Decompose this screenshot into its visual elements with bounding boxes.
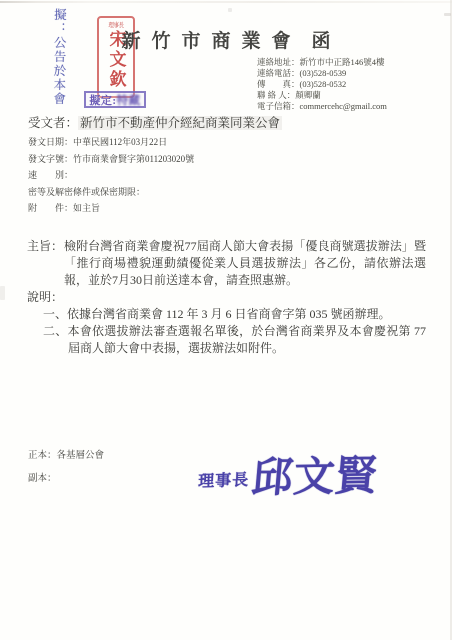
priority-label: 速 別： [28, 167, 73, 184]
scan-top-edge [0, 1, 452, 3]
contact-address-value: 新竹市中正路146號4樓 [300, 57, 385, 68]
original-copy-line: 正本：各基層公會 [28, 447, 104, 461]
contact-phone-label: 連絡電話： [257, 68, 300, 79]
doc-number-value: 竹市商業會賢字第011203020號 [73, 151, 194, 168]
recipient-line: 受文者：新竹市不動產仲介經紀商業同業公會 [28, 113, 282, 131]
contact-email-row: 電子信箱： commercehc@gmail.com [257, 101, 387, 112]
purple-stamp-note: 特藏 [117, 92, 141, 108]
meta-block: 發文日期： 中華民國112年03月22日 發文字號： 竹市商業會賢字第01120… [28, 134, 194, 217]
contact-person-row: 聯 絡 人： 顏卿蘭 [257, 90, 387, 101]
contact-fax-value: (03)528-0532 [300, 79, 347, 90]
document-title: 新竹市商業會函 [0, 26, 452, 53]
attachment-value: 如主旨 [73, 200, 100, 217]
contact-person-label: 聯 絡 人： [257, 90, 295, 101]
carbon-copy-label: 副本： [28, 474, 57, 484]
issuer-name: 新竹市商業會 [121, 31, 301, 52]
contact-block: 連絡地址： 新竹市中正路146號4樓 連絡電話： (03)528-0539 傳 … [257, 57, 387, 112]
issue-date-row: 發文日期： 中華民國112年03月22日 [28, 134, 194, 151]
original-copy-value: 各基層公會 [57, 451, 105, 461]
subject-section: 主旨： 檢附台灣省商業會慶祝77屆商人節大會表揚「優良商號選拔辦法」暨「推行商場… [27, 238, 426, 289]
scan-artifact [0, 286, 5, 300]
contact-person-value: 顏卿蘭 [295, 90, 321, 101]
explanation-item-2: 二、本會依選拔辦法審查選報名單後，於台灣省商業界及本會慶祝第 77 屆商人節大會… [43, 323, 426, 357]
signature-name: 邱文賢 [250, 442, 381, 503]
scan-artifact [228, 8, 232, 12]
contact-phone-row: 連絡電話： (03)528-0539 [257, 68, 387, 79]
contact-email-label: 電子信箱： [257, 101, 300, 112]
doc-number-label: 發文字號： [28, 151, 73, 168]
recipient-label: 受文者： [28, 116, 78, 130]
letter-body: 主旨： 檢附台灣省商業會慶祝77屆商人節大會表揚「優良商號選拔辦法」暨「推行商場… [27, 238, 426, 357]
subject-text: 檢附台灣省商業會慶祝77屆商人節大會表揚「優良商號選拔辦法」暨「推行商場禮貌運動… [64, 238, 426, 289]
official-letter-page: 擬：公告於本會 理事長 宋文欽 擬定: 特藏 新竹市商業會函 連絡地址： 新竹市… [0, 0, 452, 640]
scan-artifact [444, 13, 451, 16]
contact-fax-label: 傳 真： [257, 79, 300, 90]
security-row: 密等及解密條件或保密期限： [28, 184, 194, 201]
doc-number-row: 發文字號： 竹市商業會賢字第011203020號 [28, 151, 194, 168]
issue-date-value: 中華民國112年03月22日 [73, 134, 167, 151]
signature-stamp: 理事長 邱文賢 [197, 434, 409, 511]
explanation-label: 說明： [27, 289, 426, 306]
contact-email-value: commercehc@gmail.com [300, 101, 387, 112]
signature-title: 理事長 [198, 466, 250, 491]
issue-date-label: 發文日期： [28, 134, 73, 151]
carbon-copy-line: 副本： [28, 470, 57, 484]
contact-phone-value: (03)528-0539 [300, 68, 347, 79]
purple-stamp-label: 擬定: [89, 92, 116, 108]
letter-type: 函 [312, 31, 331, 52]
explanation-item-1: 一、依據台灣省商業會 112 年 3 月 6 日省商會字第 035 號函辦理。 [43, 306, 426, 323]
attachment-row: 附 件： 如主旨 [28, 200, 194, 217]
contact-address-row: 連絡地址： 新竹市中正路146號4樓 [257, 57, 387, 68]
subject-label: 主旨： [27, 238, 64, 289]
security-label: 密等及解密條件或保密期限： [28, 184, 145, 201]
priority-row: 速 別： [28, 167, 194, 184]
contact-address-label: 連絡地址： [257, 57, 300, 68]
original-copy-label: 正本： [28, 451, 57, 461]
contact-fax-row: 傳 真： (03)528-0532 [257, 79, 387, 90]
recipient-value: 新竹市不動產仲介經紀商業同業公會 [78, 116, 282, 130]
draft-purple-stamp: 擬定: 特藏 [84, 91, 146, 108]
attachment-label: 附 件： [28, 200, 73, 217]
